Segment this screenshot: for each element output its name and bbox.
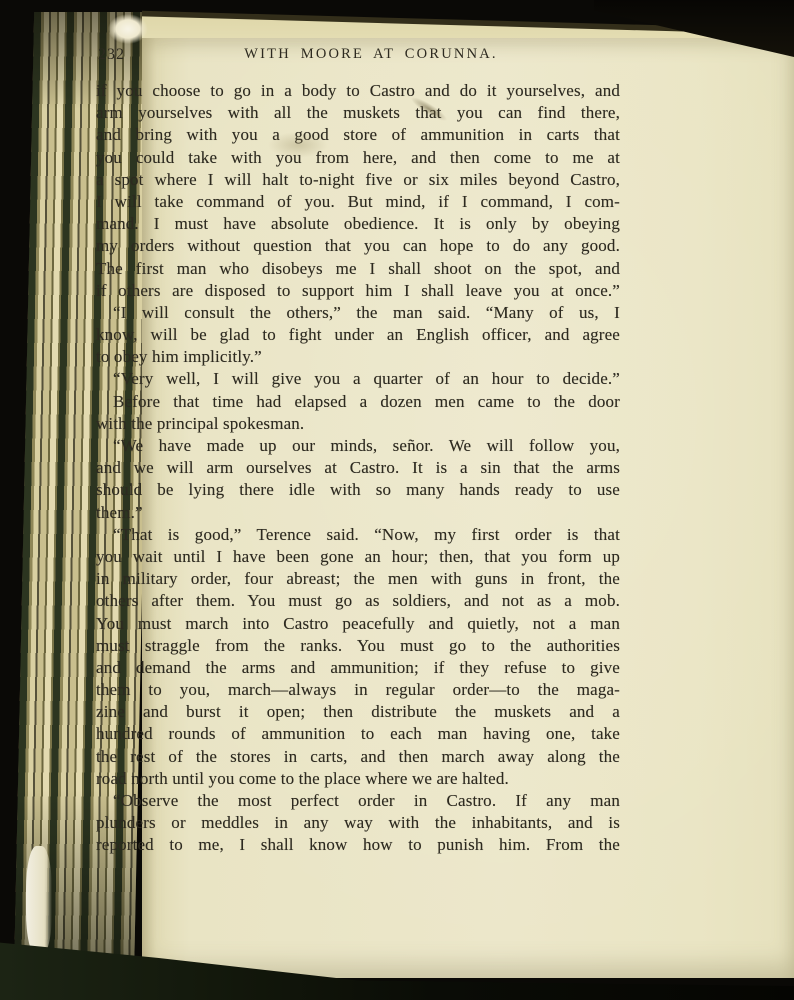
text-line: “I will consult the others,” the man sai… — [96, 302, 620, 324]
running-title: WITH MOORE AT CORUNNA. — [96, 46, 620, 63]
page-edge-highlight-bottom — [26, 846, 52, 956]
text-line: “Observe the most perfect order in Castr… — [96, 790, 620, 812]
text-line: and we will arm ourselves at Castro. It … — [96, 457, 620, 479]
text-line: you wait until I have been gone an hour;… — [96, 546, 620, 568]
text-line: you could take with you from here, and t… — [96, 147, 620, 169]
text-line: others after them. You must go as soldie… — [96, 590, 620, 612]
text-line: “That is good,” Terence said. “Now, my f… — [96, 524, 620, 546]
text-line: a spot where I will halt to-night five o… — [96, 169, 620, 191]
text-line: mand. I must have absolute obedience. It… — [96, 213, 620, 235]
text-line: the rest of the stores in carts, and the… — [96, 746, 620, 768]
text-line: reported to me, I shall know how to puni… — [96, 834, 620, 856]
text-line: my orders without question that you can … — [96, 235, 620, 257]
text-line: “Very well, I will give you a quarter of… — [96, 368, 620, 390]
text-line: to obey him implicitly.” — [96, 346, 620, 368]
text-line: know, will be glad to fight under an Eng… — [96, 324, 620, 346]
book-photo: 232 WITH MOORE AT CORUNNA. if you choose… — [0, 0, 794, 1000]
text-line: I will take command of you. But mind, if… — [96, 191, 620, 213]
text-line: if others are disposed to support him I … — [96, 280, 620, 302]
text-line: should be lying there idle with so many … — [96, 479, 620, 501]
text-line: Before that time had elapsed a dozen men… — [96, 391, 620, 413]
page-stain — [268, 132, 328, 158]
page-text-layer: 232 WITH MOORE AT CORUNNA. if you choose… — [96, 46, 620, 72]
text-line: if you choose to go in a body to Castro … — [96, 80, 620, 102]
text-line: and demand the arms and ammunition; if t… — [96, 657, 620, 679]
page-number: 232 — [98, 46, 125, 64]
text-line: plunders or meddles in any way with the … — [96, 812, 620, 834]
text-line: arm yourselves with all the muskets that… — [96, 102, 620, 124]
page-header: 232 WITH MOORE AT CORUNNA. — [96, 46, 620, 72]
text-line: in military order, four abreast; the men… — [96, 568, 620, 590]
text-line: them.” — [96, 502, 620, 524]
text-line: with the principal spokesman. — [96, 413, 620, 435]
text-line: and bring with you a good store of ammun… — [96, 124, 620, 146]
text-line: road north until you come to the place w… — [96, 768, 620, 790]
text-line: hundred rounds of ammunition to each man… — [96, 723, 620, 745]
text-line: them to you, march—always in regular ord… — [96, 679, 620, 701]
text-line: “We have made up our minds, señor. We wi… — [96, 435, 620, 457]
text-line: You must march into Castro peacefully an… — [96, 613, 620, 635]
text-line: must straggle from the ranks. You must g… — [96, 635, 620, 657]
text-line: zine and burst it open; then distribute … — [96, 701, 620, 723]
text-line: The first man who disobeys me I shall sh… — [96, 258, 620, 280]
page-text: if you choose to go in a body to Castro … — [96, 80, 620, 857]
